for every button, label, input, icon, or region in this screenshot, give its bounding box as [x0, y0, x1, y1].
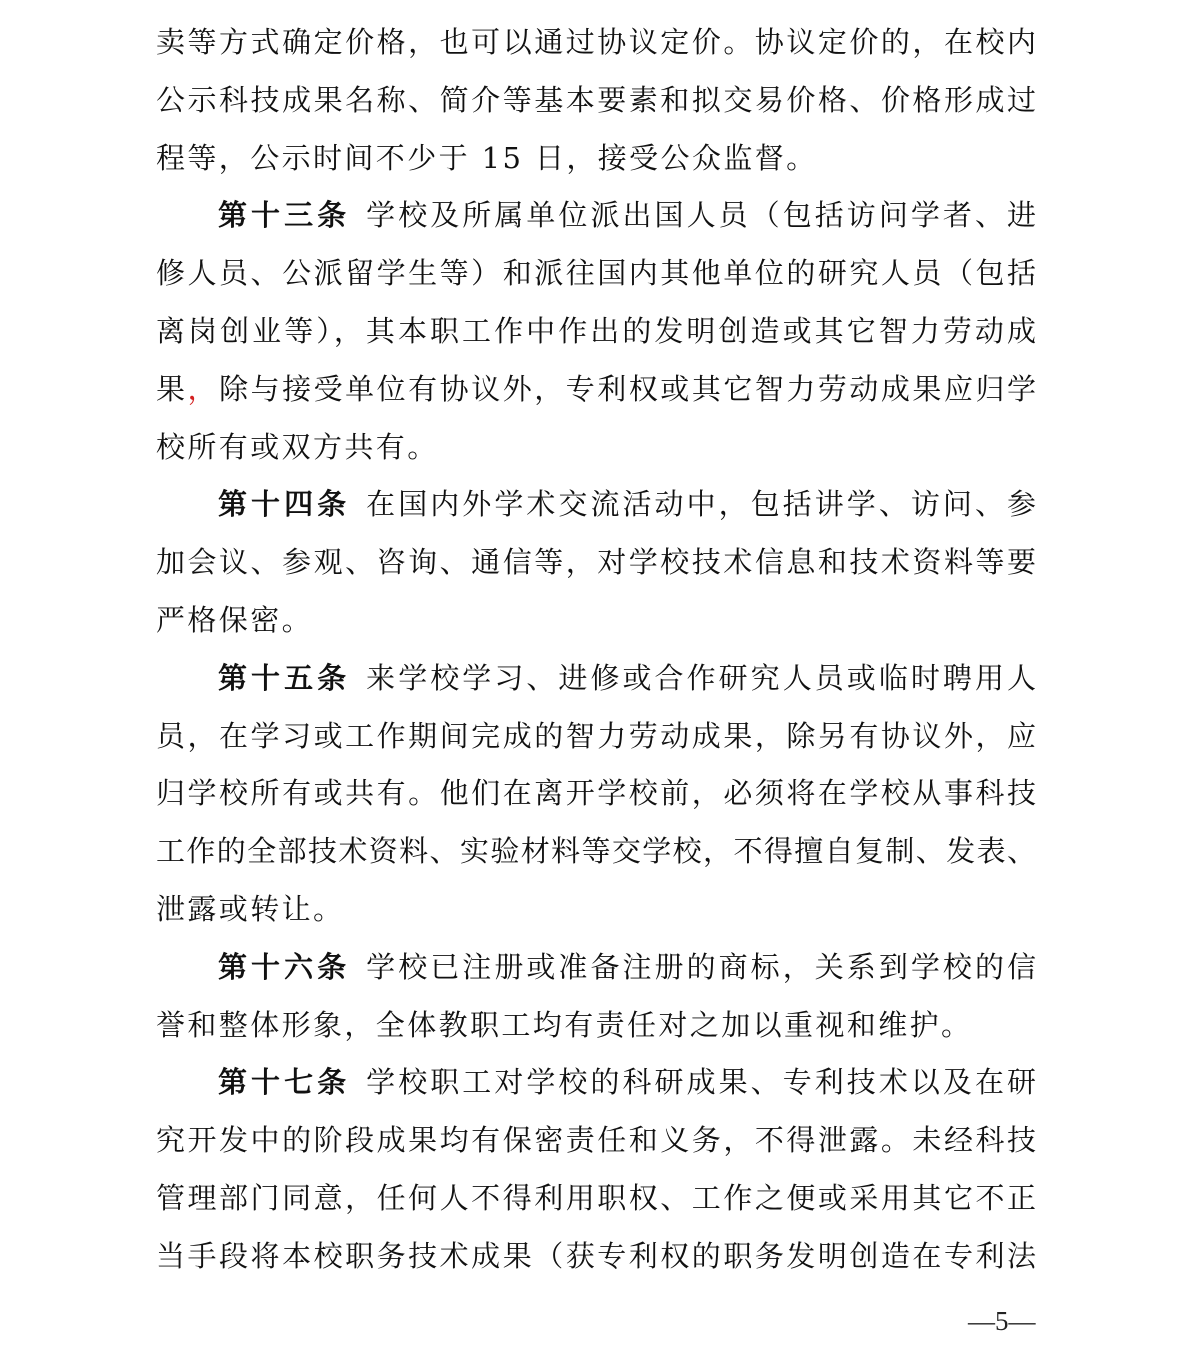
text-line: 加会议、参观、咨询、通信等，对学校技术信息和技术资料等要: [156, 534, 1036, 592]
text-line: 校所有或双方共有。: [156, 419, 1036, 477]
article-text: 学校已注册或准备注册的商标，关系到学校的信: [366, 950, 1036, 984]
text-line: 员，在学习或工作期间完成的智力劳动成果，除另有协议外，应: [156, 708, 1036, 766]
article-label: 第十五条: [218, 661, 350, 695]
article-text: 学校及所属单位派出国人员（包括访问学者、进: [366, 198, 1036, 232]
article-text: 在国内外学术交流活动中，包括讲学、访问、参: [366, 487, 1036, 521]
document-page: 卖等方式确定价格，也可以通过协议定价。协议定价的，在校内 公示科技成果名称、简介…: [156, 14, 1036, 1286]
text-line: 管理部门同意，任何人不得利用职权、工作之便或采用其它不正: [156, 1170, 1036, 1228]
article-15: 第十五条来学校学习、进修或合作研究人员或临时聘用人 员，在学习或工作期间完成的智…: [156, 650, 1036, 939]
article-first-line: 第十四条在国内外学术交流活动中，包括讲学、访问、参: [156, 476, 1036, 534]
article-text: 学校职工对学校的科研成果、专利技术以及在研: [366, 1065, 1036, 1099]
text-line: 誉和整体形象，全体教职工均有责任对之加以重视和维护。: [156, 997, 1036, 1055]
article-13: 第十三条学校及所属单位派出国人员（包括访问学者、进 修人员、公派留学生等）和派往…: [156, 187, 1036, 476]
page-number: —5—: [968, 1306, 1036, 1337]
article-first-line: 第十五条来学校学习、进修或合作研究人员或临时聘用人: [156, 650, 1036, 708]
article-label: 第十三条: [218, 198, 350, 232]
article-label: 第十四条: [218, 487, 350, 521]
text-line: 离岗创业等），其本职工作中作出的发明创造或其它智力劳动成: [156, 303, 1036, 361]
text-line: 修人员、公派留学生等）和派往国内其他单位的研究人员（包括: [156, 245, 1036, 303]
text-line: 程等，公示时间不少于 15 日，接受公众监督。: [156, 130, 1036, 188]
article-first-line: 第十三条学校及所属单位派出国人员（包括访问学者、进: [156, 187, 1036, 245]
article-label: 第十六条: [218, 950, 350, 984]
text-line: 卖等方式确定价格，也可以通过协议定价。协议定价的，在校内: [156, 14, 1036, 72]
text-line: 归学校所有或共有。他们在离开学校前，必须将在学校从事科技: [156, 765, 1036, 823]
text-line: 当手段将本校职务技术成果（获专利权的职务发明创造在专利法: [156, 1228, 1036, 1286]
text-line: 究开发中的阶段成果均有保密责任和义务，不得泄露。未经科技: [156, 1112, 1036, 1170]
red-comma-mark: ，: [188, 372, 220, 406]
text-line: 果，除与接受单位有协议外，专利权或其它智力劳动成果应归学: [156, 361, 1036, 419]
article-first-line: 第十七条学校职工对学校的科研成果、专利技术以及在研: [156, 1054, 1036, 1112]
paragraph-continuation: 卖等方式确定价格，也可以通过协议定价。协议定价的，在校内 公示科技成果名称、简介…: [156, 14, 1036, 187]
article-14: 第十四条在国内外学术交流活动中，包括讲学、访问、参 加会议、参观、咨询、通信等，…: [156, 476, 1036, 649]
text-segment: 果: [156, 372, 188, 406]
article-first-line: 第十六条学校已注册或准备注册的商标，关系到学校的信: [156, 939, 1036, 997]
text-line: 公示科技成果名称、简介等基本要素和拟交易价格、价格形成过: [156, 72, 1036, 130]
text-line: 泄露或转让。: [156, 881, 1036, 939]
article-label: 第十七条: [218, 1065, 350, 1099]
article-17: 第十七条学校职工对学校的科研成果、专利技术以及在研 究开发中的阶段成果均有保密责…: [156, 1054, 1036, 1285]
article-16: 第十六条学校已注册或准备注册的商标，关系到学校的信 誉和整体形象，全体教职工均有…: [156, 939, 1036, 1055]
text-line: 工作的全部技术资料、实验材料等交学校，不得擅自复制、发表、: [156, 823, 1036, 881]
text-line: 严格保密。: [156, 592, 1036, 650]
article-text: 来学校学习、进修或合作研究人员或临时聘用人: [366, 661, 1036, 695]
text-segment: 除与接受单位有协议外，专利权或其它智力劳动成果应归学: [219, 372, 1036, 406]
